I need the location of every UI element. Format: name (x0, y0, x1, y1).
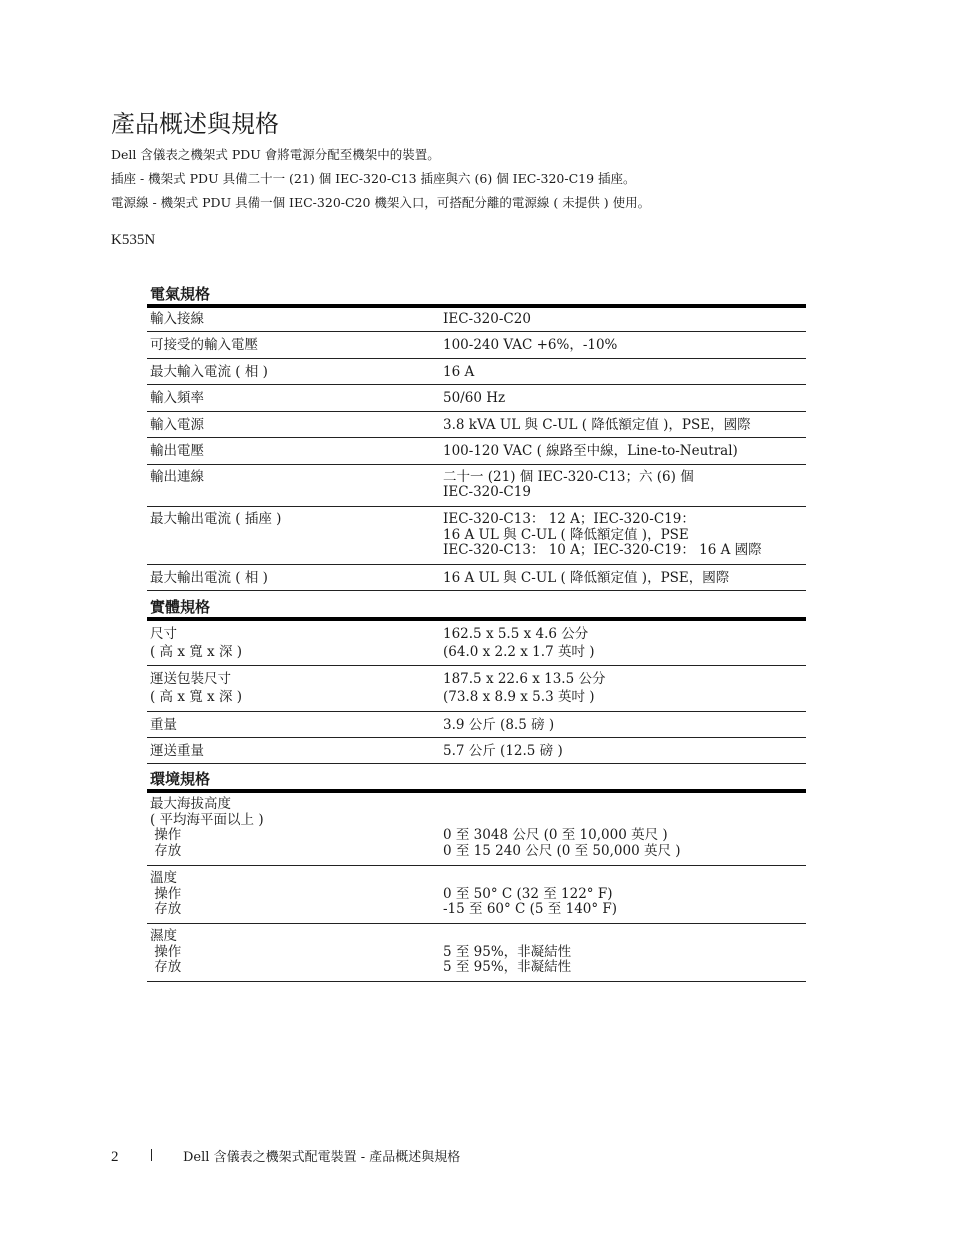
spec-label: 輸入頻率 (147, 390, 443, 411)
spec-label: 溫度 操作 存放 (147, 871, 443, 923)
spec-label: 輸入電源 (147, 417, 443, 437)
page-title: 產品概述與規格 (111, 108, 279, 140)
table-row: 溫度 操作 存放 0 至 50° C (32 至 122° F) -15 至 6… (147, 866, 806, 924)
table-row: 尺寸 ( 高 x 寬 x 深 ) 162.5 x 5.5 x 4.6 公分 (6… (147, 621, 806, 666)
spec-value: IEC-320-C13： 12 A；IEC-320-C19： 16 A UL 與… (443, 512, 806, 564)
section-title: 環境規格 (147, 769, 806, 789)
spec-value: 16 A UL 與 C-UL ( 降低額定值 )，PSE，國際 (443, 570, 806, 590)
spec-label: 最大海拔高度 ( 平均海平面以上 ) 操作 存放 (147, 797, 443, 865)
spec-label: 重量 (147, 717, 443, 737)
table-row: 濕度 操作 存放 5 至 95%，非凝結性 5 至 95%，非凝結性 (147, 924, 806, 982)
table-row: 輸入接線 IEC-320-C20 (147, 308, 806, 332)
intro-description: Dell 含儀表之機架式 PDU 會將電源分配至機架中的裝置。 (111, 147, 440, 163)
footer-divider (151, 1149, 152, 1161)
spec-label: 輸出連線 (147, 470, 443, 506)
spec-label: 可接受的輸入電壓 (147, 337, 443, 358)
table-row: 最大海拔高度 ( 平均海平面以上 ) 操作 存放 0 至 3048 公尺 (0 … (147, 793, 806, 866)
spec-label: 尺寸 ( 高 x 寬 x 深 ) (147, 625, 443, 665)
spec-label: 最大輸出電流 ( 相 ) (147, 570, 443, 590)
table-row: 輸入頻率 50/60 Hz (147, 385, 806, 412)
spec-value: 二十一 (21) 個 IEC-320-C13；六 (6) 個 IEC-320-C… (443, 470, 806, 506)
spec-value: 16 A (443, 364, 806, 384)
spec-value: 5.7 公斤 (12.5 磅 ) (443, 743, 806, 763)
spec-value: 3.9 公斤 (8.5 磅 ) (443, 717, 806, 737)
page-number: 2 (111, 1148, 119, 1166)
spec-value: IEC-320-C20 (443, 311, 806, 331)
spec-label: 輸出電壓 (147, 443, 443, 464)
spec-label: 運送包裝尺寸 ( 高 x 寬 x 深 ) (147, 670, 443, 711)
table-row: 可接受的輸入電壓 100-240 VAC +6%，-10% (147, 332, 806, 359)
table-row: 輸出連線 二十一 (21) 個 IEC-320-C13；六 (6) 個 IEC-… (147, 465, 806, 507)
table-row: 最大輸出電流 ( 插座 ) IEC-320-C13： 12 A；IEC-320-… (147, 507, 806, 565)
table-row: 最大輸入電流 ( 相 ) 16 A (147, 359, 806, 385)
section-title: 實體規格 (147, 597, 806, 617)
table-row: 最大輸出電流 ( 相 ) 16 A UL 與 C-UL ( 降低額定值 )，PS… (147, 565, 806, 591)
spec-value: 0 至 3048 公尺 (0 至 10,000 英尺 ) 0 至 15 240 … (443, 797, 806, 865)
spec-label: 濕度 操作 存放 (147, 929, 443, 981)
electrical-spec-table: 電氣規格 輸入接線 IEC-320-C20 可接受的輸入電壓 100-240 V… (147, 284, 806, 591)
spec-value: 100-240 VAC +6%，-10% (443, 337, 806, 358)
environmental-spec-table: 環境規格 最大海拔高度 ( 平均海平面以上 ) 操作 存放 0 至 3048 公… (147, 769, 806, 982)
spec-value: 50/60 Hz (443, 390, 806, 411)
intro-outlets: 插座 - 機架式 PDU 具備二十一 (21) 個 IEC-320-C13 插座… (111, 171, 636, 187)
spec-value: 5 至 95%，非凝結性 5 至 95%，非凝結性 (443, 929, 806, 981)
spec-value: 187.5 x 22.6 x 13.5 公分 (73.8 x 8.9 x 5.3… (443, 670, 806, 711)
spec-label: 最大輸出電流 ( 插座 ) (147, 512, 443, 564)
section-title: 電氣規格 (147, 284, 806, 304)
physical-spec-table: 實體規格 尺寸 ( 高 x 寬 x 深 ) 162.5 x 5.5 x 4.6 … (147, 597, 806, 764)
table-row: 重量 3.9 公斤 (8.5 磅 ) (147, 712, 806, 738)
footer-title: Dell 含儀表之機架式配電裝置 - 產品概述與規格 (183, 1149, 460, 1167)
spec-label: 運送重量 (147, 743, 443, 763)
table-row: 運送重量 5.7 公斤 (12.5 磅 ) (147, 738, 806, 764)
spec-value: 100-120 VAC ( 線路至中線，Line-to-Neutral) (443, 443, 806, 464)
spec-label: 輸入接線 (147, 311, 443, 331)
table-row: 輸入電源 3.8 kVA UL 與 C-UL ( 降低額定值 )，PSE，國際 (147, 412, 806, 438)
intro-power-cord: 電源線 - 機架式 PDU 具備一個 IEC-320-C20 機架入口，可搭配分… (111, 195, 650, 211)
table-row: 輸出電壓 100-120 VAC ( 線路至中線，Line-to-Neutral… (147, 438, 806, 465)
table-row: 運送包裝尺寸 ( 高 x 寬 x 深 ) 187.5 x 22.6 x 13.5… (147, 666, 806, 712)
spec-label: 最大輸入電流 ( 相 ) (147, 364, 443, 384)
spec-value: 162.5 x 5.5 x 4.6 公分 (64.0 x 2.2 x 1.7 英… (443, 625, 806, 665)
spec-value: 3.8 kVA UL 與 C-UL ( 降低額定值 )，PSE，國際 (443, 417, 806, 437)
model-number: K535N (111, 230, 155, 250)
spec-value: 0 至 50° C (32 至 122° F) -15 至 60° C (5 至… (443, 871, 806, 923)
